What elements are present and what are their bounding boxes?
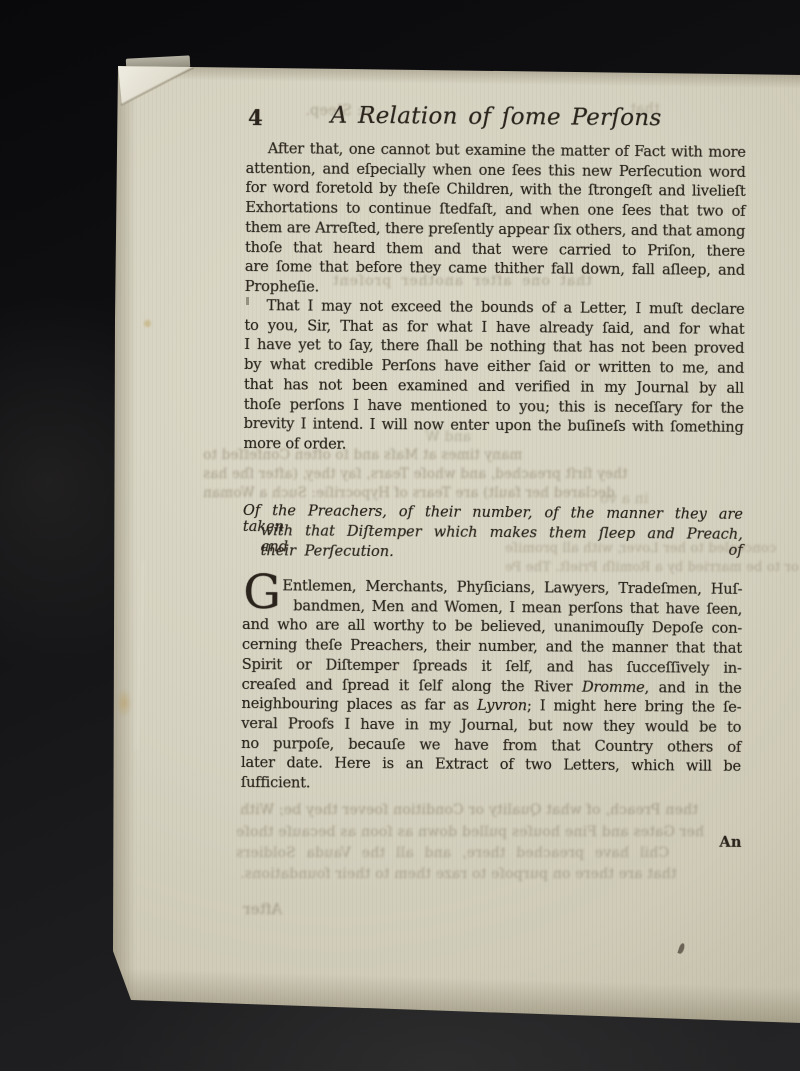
body-paragraph-1: After that, one cannot but examine the m… [245,140,746,302]
stain [116,688,132,718]
italic-place-name: Dromme [582,678,645,695]
photo-backdrop: c: Sleep. that that one after another pr… [0,0,800,1071]
paper-edge-shading-left [112,64,136,1009]
running-title: A Relation of ſome Perſons [246,101,746,132]
printed-text: 4 A Relation of ſome Perſons After that,… [239,0,747,1071]
section-heading: Of the Preachers, of their number, of th… [243,503,743,567]
page-number: 4 [248,105,263,130]
body-paragraph-2: That I may not exceed the bounds of a Le… [243,297,744,459]
body-paragraph-3: G Entlemen, Merchants, Phyſicians, Lawye… [241,577,743,798]
italic-place-name: Lyvron [477,697,527,714]
paper-sheet: c: Sleep. that that one after another pr… [0,0,800,1071]
catchword: An [719,834,742,851]
body-line: ſufficient. [241,774,741,798]
body-line: more of order. [243,435,743,459]
page-header: 4 A Relation of ſome Perſons [246,101,746,137]
drop-cap: G [243,573,281,613]
stain [144,320,151,327]
